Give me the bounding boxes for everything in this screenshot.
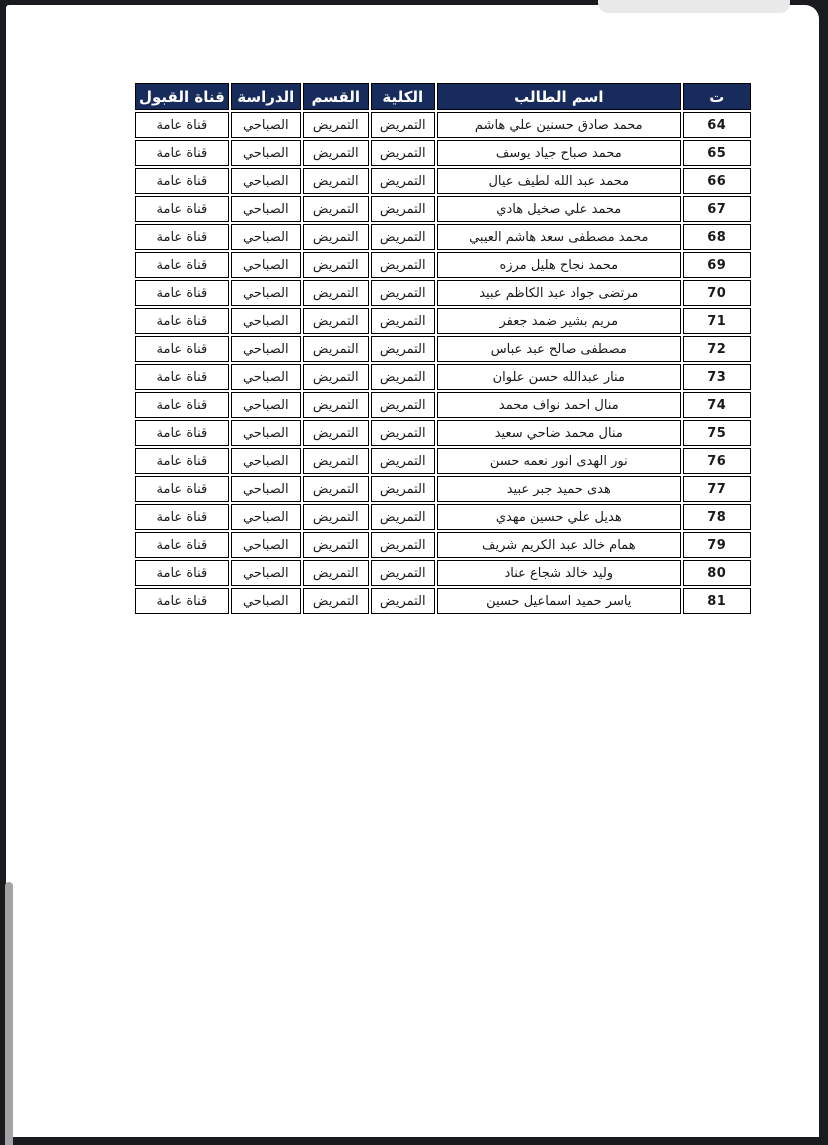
table-header-row: ت اسم الطالب الكلية القسم الدراسة قناة ا… <box>135 83 751 110</box>
cell-no: 70 <box>683 280 751 306</box>
cell-admission-channel: قناة عامة <box>135 196 229 222</box>
cell-no: 76 <box>683 448 751 474</box>
cell-department: التمريض <box>303 392 369 418</box>
header-department: القسم <box>303 83 369 110</box>
cell-department: التمريض <box>303 448 369 474</box>
header-no: ت <box>683 83 751 110</box>
cell-student-name: ياسر حميد اسماعيل حسين <box>437 588 681 614</box>
cell-no: 69 <box>683 252 751 278</box>
cell-admission-channel: قناة عامة <box>135 364 229 390</box>
cell-department: التمريض <box>303 252 369 278</box>
cell-college: التمريض <box>371 252 435 278</box>
cell-study-type: الصباحي <box>231 112 301 138</box>
cell-study-type: الصباحي <box>231 168 301 194</box>
student-table: ت اسم الطالب الكلية القسم الدراسة قناة ا… <box>133 81 753 616</box>
cell-study-type: الصباحي <box>231 280 301 306</box>
cell-no: 80 <box>683 560 751 586</box>
cell-department: التمريض <box>303 140 369 166</box>
table-row: 75منال محمد ضاحي سعيدالتمريضالتمريضالصبا… <box>135 420 751 446</box>
cell-no: 81 <box>683 588 751 614</box>
cell-department: التمريض <box>303 112 369 138</box>
cell-student-name: منال احمد نواف محمد <box>437 392 681 418</box>
header-study-type: الدراسة <box>231 83 301 110</box>
cell-admission-channel: قناة عامة <box>135 224 229 250</box>
cell-student-name: محمد مصطفى سعد هاشم العيبي <box>437 224 681 250</box>
table-row: 72مصطفى صالح عبد عباسالتمريضالتمريضالصبا… <box>135 336 751 362</box>
cell-department: التمريض <box>303 308 369 334</box>
cell-student-name: محمد صباح جياد يوسف <box>437 140 681 166</box>
table-row: 74منال احمد نواف محمدالتمريضالتمريضالصبا… <box>135 392 751 418</box>
cell-student-name: هدى حميد جبر عبيد <box>437 476 681 502</box>
cell-student-name: محمد علي صخيل هادي <box>437 196 681 222</box>
table-row: 66محمد عبد الله لطيف عيالالتمريضالتمريضا… <box>135 168 751 194</box>
cell-no: 75 <box>683 420 751 446</box>
table-row: 76نور الهدى انور نعمه حسنالتمريضالتمريضا… <box>135 448 751 474</box>
cell-admission-channel: قناة عامة <box>135 476 229 502</box>
cell-study-type: الصباحي <box>231 420 301 446</box>
table-row: 73منار عبدالله حسن علوانالتمريضالتمريضال… <box>135 364 751 390</box>
cell-college: التمريض <box>371 196 435 222</box>
table-row: 67محمد علي صخيل هاديالتمريضالتمريضالصباح… <box>135 196 751 222</box>
cell-student-name: نور الهدى انور نعمه حسن <box>437 448 681 474</box>
cell-admission-channel: قناة عامة <box>135 112 229 138</box>
cell-no: 72 <box>683 336 751 362</box>
cell-college: التمريض <box>371 392 435 418</box>
cell-department: التمريض <box>303 364 369 390</box>
cell-study-type: الصباحي <box>231 392 301 418</box>
cell-no: 65 <box>683 140 751 166</box>
cell-department: التمريض <box>303 476 369 502</box>
cell-student-name: مرتضى جواد عبد الكاظم عبيد <box>437 280 681 306</box>
cell-study-type: الصباحي <box>231 504 301 530</box>
cell-student-name: منار عبدالله حسن علوان <box>437 364 681 390</box>
cell-no: 78 <box>683 504 751 530</box>
cell-study-type: الصباحي <box>231 560 301 586</box>
cell-department: التمريض <box>303 420 369 446</box>
cell-department: التمريض <box>303 196 369 222</box>
cell-college: التمريض <box>371 224 435 250</box>
table-row: 78هديل علي حسين مهديالتمريضالتمريضالصباح… <box>135 504 751 530</box>
table-row: 71مريم بشير ضمد جعفرالتمريضالتمريضالصباح… <box>135 308 751 334</box>
cell-department: التمريض <box>303 168 369 194</box>
cell-college: التمريض <box>371 448 435 474</box>
cell-admission-channel: قناة عامة <box>135 280 229 306</box>
cell-college: التمريض <box>371 280 435 306</box>
cell-admission-channel: قناة عامة <box>135 588 229 614</box>
cell-college: التمريض <box>371 532 435 558</box>
cell-college: التمريض <box>371 140 435 166</box>
cell-college: التمريض <box>371 504 435 530</box>
table-row: 77هدى حميد جبر عبيدالتمريضالتمريضالصباحي… <box>135 476 751 502</box>
cell-college: التمريض <box>371 560 435 586</box>
cell-study-type: الصباحي <box>231 252 301 278</box>
cell-department: التمريض <box>303 588 369 614</box>
cell-student-name: وليد خالد شجاع عناد <box>437 560 681 586</box>
table-row: 79همام خالد عبد الكريم شريفالتمريضالتمري… <box>135 532 751 558</box>
cell-department: التمريض <box>303 532 369 558</box>
table-row: 64محمد صادق حسنين علي هاشمالتمريضالتمريض… <box>135 112 751 138</box>
cell-study-type: الصباحي <box>231 336 301 362</box>
cell-admission-channel: قناة عامة <box>135 252 229 278</box>
student-table-container: ت اسم الطالب الكلية القسم الدراسة قناة ا… <box>133 81 753 616</box>
table-row: 80وليد خالد شجاع عنادالتمريضالتمريضالصبا… <box>135 560 751 586</box>
table-row: 70مرتضى جواد عبد الكاظم عبيدالتمريضالتمر… <box>135 280 751 306</box>
cell-no: 71 <box>683 308 751 334</box>
cell-college: التمريض <box>371 112 435 138</box>
cell-admission-channel: قناة عامة <box>135 504 229 530</box>
cell-no: 66 <box>683 168 751 194</box>
cell-study-type: الصباحي <box>231 224 301 250</box>
cell-study-type: الصباحي <box>231 308 301 334</box>
cell-admission-channel: قناة عامة <box>135 140 229 166</box>
table-row: 69محمد نجاح هليل مرزهالتمريضالتمريضالصبا… <box>135 252 751 278</box>
left-scrollbar-thumb[interactable] <box>5 882 13 1145</box>
cell-study-type: الصباحي <box>231 532 301 558</box>
cell-student-name: مصطفى صالح عبد عباس <box>437 336 681 362</box>
cell-admission-channel: قناة عامة <box>135 336 229 362</box>
cell-study-type: الصباحي <box>231 448 301 474</box>
cell-admission-channel: قناة عامة <box>135 560 229 586</box>
cell-admission-channel: قناة عامة <box>135 420 229 446</box>
cell-no: 77 <box>683 476 751 502</box>
cell-admission-channel: قناة عامة <box>135 532 229 558</box>
cell-student-name: مريم بشير ضمد جعفر <box>437 308 681 334</box>
cell-no: 67 <box>683 196 751 222</box>
cell-study-type: الصباحي <box>231 476 301 502</box>
cell-study-type: الصباحي <box>231 588 301 614</box>
cell-department: التمريض <box>303 560 369 586</box>
cell-student-name: محمد صادق حسنين علي هاشم <box>437 112 681 138</box>
cell-student-name: منال محمد ضاحي سعيد <box>437 420 681 446</box>
cell-student-name: محمد نجاح هليل مرزه <box>437 252 681 278</box>
table-row: 68محمد مصطفى سعد هاشم العيبيالتمريضالتمر… <box>135 224 751 250</box>
cell-department: التمريض <box>303 336 369 362</box>
cell-department: التمريض <box>303 504 369 530</box>
cell-student-name: هديل علي حسين مهدي <box>437 504 681 530</box>
header-student-name: اسم الطالب <box>437 83 681 110</box>
cell-admission-channel: قناة عامة <box>135 448 229 474</box>
cell-student-name: همام خالد عبد الكريم شريف <box>437 532 681 558</box>
cell-admission-channel: قناة عامة <box>135 168 229 194</box>
cell-no: 73 <box>683 364 751 390</box>
table-row: 65محمد صباح جياد يوسفالتمريضالتمريضالصبا… <box>135 140 751 166</box>
cell-student-name: محمد عبد الله لطيف عيال <box>437 168 681 194</box>
floating-toolbar-pill[interactable] <box>598 0 790 13</box>
cell-college: التمريض <box>371 588 435 614</box>
cell-no: 64 <box>683 112 751 138</box>
cell-department: التمريض <box>303 224 369 250</box>
cell-no: 68 <box>683 224 751 250</box>
cell-college: التمريض <box>371 476 435 502</box>
cell-college: التمريض <box>371 420 435 446</box>
cell-college: التمريض <box>371 168 435 194</box>
cell-admission-channel: قناة عامة <box>135 392 229 418</box>
header-admission-channel: قناة القبول <box>135 83 229 110</box>
cell-study-type: الصباحي <box>231 364 301 390</box>
cell-study-type: الصباحي <box>231 196 301 222</box>
cell-admission-channel: قناة عامة <box>135 308 229 334</box>
cell-college: التمريض <box>371 308 435 334</box>
cell-no: 79 <box>683 532 751 558</box>
cell-study-type: الصباحي <box>231 140 301 166</box>
table-row: 81ياسر حميد اسماعيل حسينالتمريضالتمريضال… <box>135 588 751 614</box>
viewer-window: { "chrome": { "background_color": "#1a1b… <box>0 0 828 1145</box>
cell-college: التمريض <box>371 364 435 390</box>
cell-college: التمريض <box>371 336 435 362</box>
header-college: الكلية <box>371 83 435 110</box>
cell-department: التمريض <box>303 280 369 306</box>
cell-no: 74 <box>683 392 751 418</box>
